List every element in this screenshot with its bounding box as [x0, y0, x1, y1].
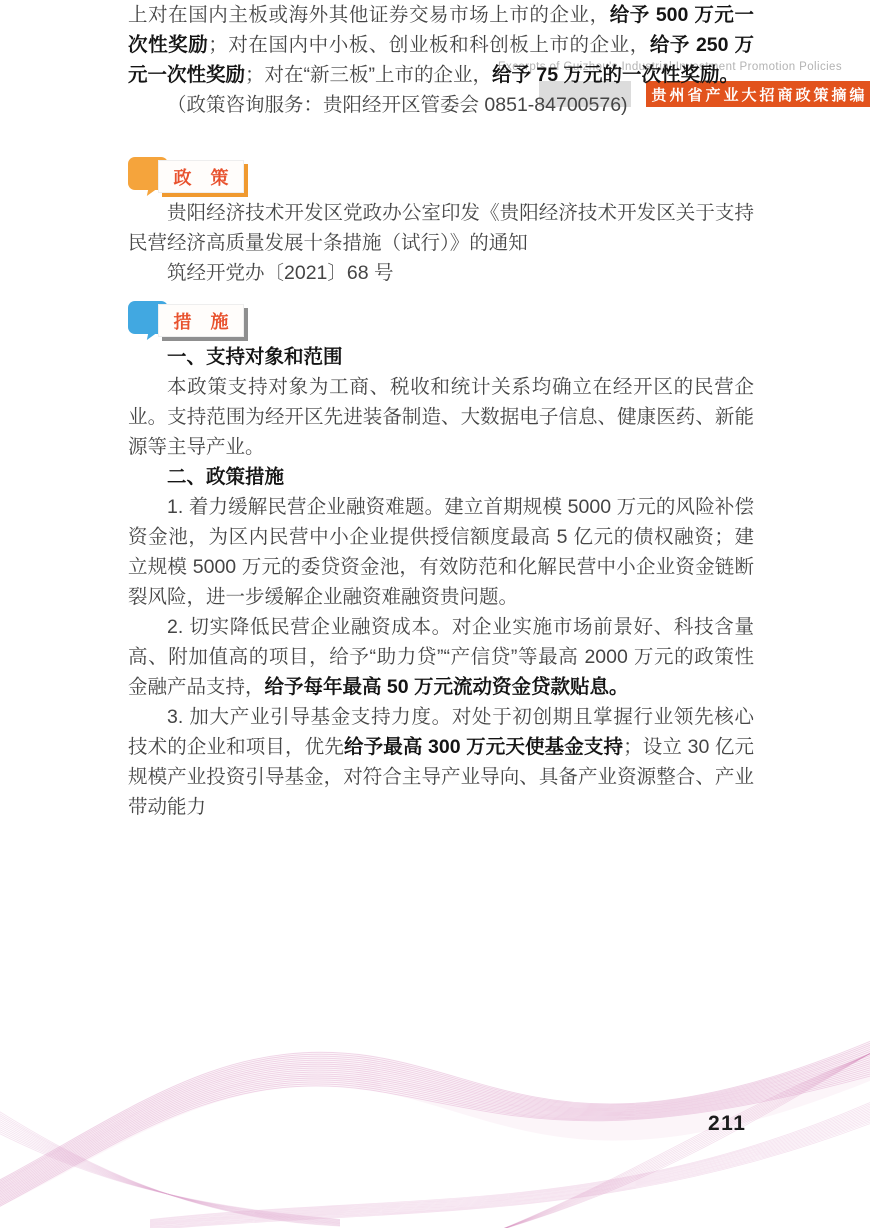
- policy-title: 贵阳经济技术开发区党政办公室印发《贵阳经济技术开发区关于支持民营经济高质量发展十…: [128, 198, 754, 258]
- measure-1-paragraph: 1. 着力缓解民营企业融资难题。建立首期规模 5000 万元的风险补偿资金池，为…: [128, 492, 754, 612]
- paragraph-listing-rewards: 上对在国内主板或海外其他证券交易市场上市的企业，给予 500 万元一次性奖励；对…: [128, 0, 754, 90]
- section1-heading: 一、支持对象和范围: [128, 342, 754, 372]
- policy-doc-number: 筑经开党办〔2021〕68 号: [128, 258, 754, 288]
- policy-section-badge: 政 策: [128, 156, 258, 198]
- measure-2-paragraph: 2. 切实降低民营企业融资成本。对企业实施市场前景好、科技含量高、附加值高的项目…: [128, 612, 754, 702]
- page-number: 211: [708, 1112, 746, 1136]
- document-page: Excerpts of Guizhou's Industrial Investm…: [0, 0, 870, 1228]
- policy-consult-line: （政策咨询服务：贵阳经开区管委会 0851-84700576): [128, 90, 754, 120]
- section2-heading: 二、政策措施: [128, 462, 754, 492]
- measures-badge-label: 措 施: [158, 304, 244, 337]
- policy-badge-label: 政 策: [158, 160, 244, 193]
- decorative-wave-pattern: [0, 968, 870, 1228]
- measures-section-badge: 措 施: [128, 300, 258, 342]
- section1-body: 本政策支持对象为工商、税收和统计关系均确立在经开区的民营企业。支持范围为经开区先…: [128, 372, 754, 462]
- document-body: 上对在国内主板或海外其他证券交易市场上市的企业，给予 500 万元一次性奖励；对…: [128, 0, 754, 822]
- measure-3-paragraph: 3. 加大产业引导基金支持力度。对处于初创期且掌握行业领先核心技术的企业和项目，…: [128, 702, 754, 822]
